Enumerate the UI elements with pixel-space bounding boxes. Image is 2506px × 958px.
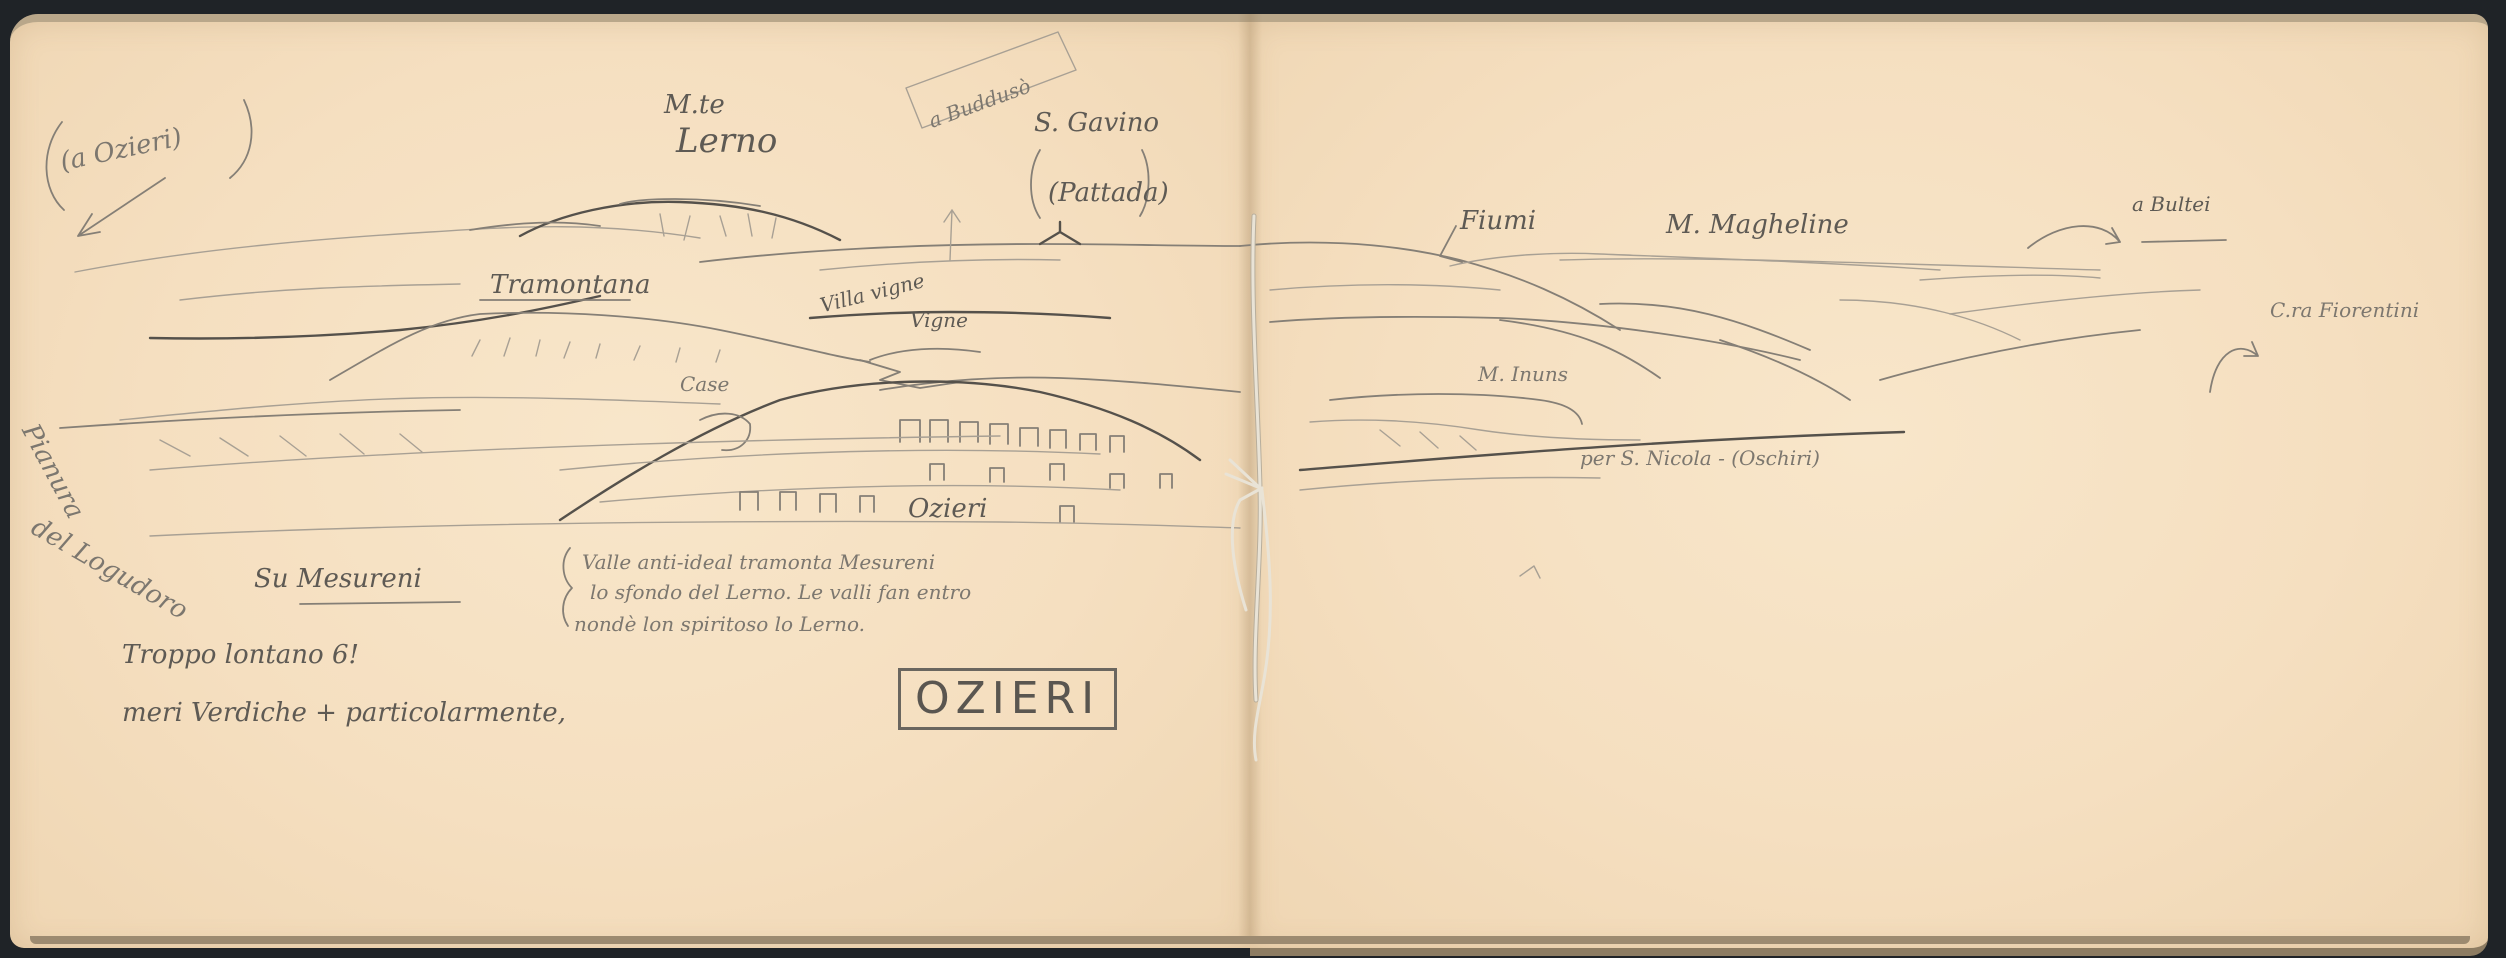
label-tramontana: Tramontana — [490, 272, 651, 298]
label-per-s-nicola: per S. Nicola - (Oschiri) — [1580, 448, 1820, 468]
label-monte-magheline: M. Magheline — [1666, 212, 1849, 238]
label-cantoniera-fiorentini: C.ra Fiorentini — [2270, 300, 2419, 320]
label-s-gavino: S. Gavino — [1034, 110, 1159, 136]
bottom-note-line1: Troppo lontano 6! — [122, 642, 359, 668]
label-ozieri-town: Ozieri — [908, 496, 987, 522]
right-landscape — [1240, 226, 2258, 578]
label-vigne: Vigne — [910, 310, 968, 330]
bottom-note-line2: meri Verdiche + particolarmente, — [122, 700, 566, 726]
ozieri-title-box: OZIERI — [898, 668, 1117, 730]
label-a-bultei: a Bultei — [2132, 194, 2211, 214]
label-pattada: (Pattada) — [1048, 180, 1169, 206]
label-fiumi: Fiumi — [1460, 208, 1536, 234]
binding-string — [1226, 216, 1270, 760]
label-monte-lerno-line1: M.te — [664, 92, 725, 118]
valley-note-line3: nondè lon spiritoso lo Lerno. — [574, 614, 865, 634]
valley-note-line1: Valle anti-ideal tramonta Mesureni — [582, 552, 935, 572]
label-monte-lerno-line2: Lerno — [676, 124, 777, 158]
label-case: Case — [680, 374, 729, 394]
pencil-landscape-sketch — [0, 0, 2506, 958]
label-monte-inuns: M. Inuns — [1478, 364, 1568, 384]
valley-note-line2: lo sfondo del Lerno. Le valli fan entro — [590, 582, 971, 602]
label-su-mesureni: Su Mesureni — [254, 566, 422, 592]
